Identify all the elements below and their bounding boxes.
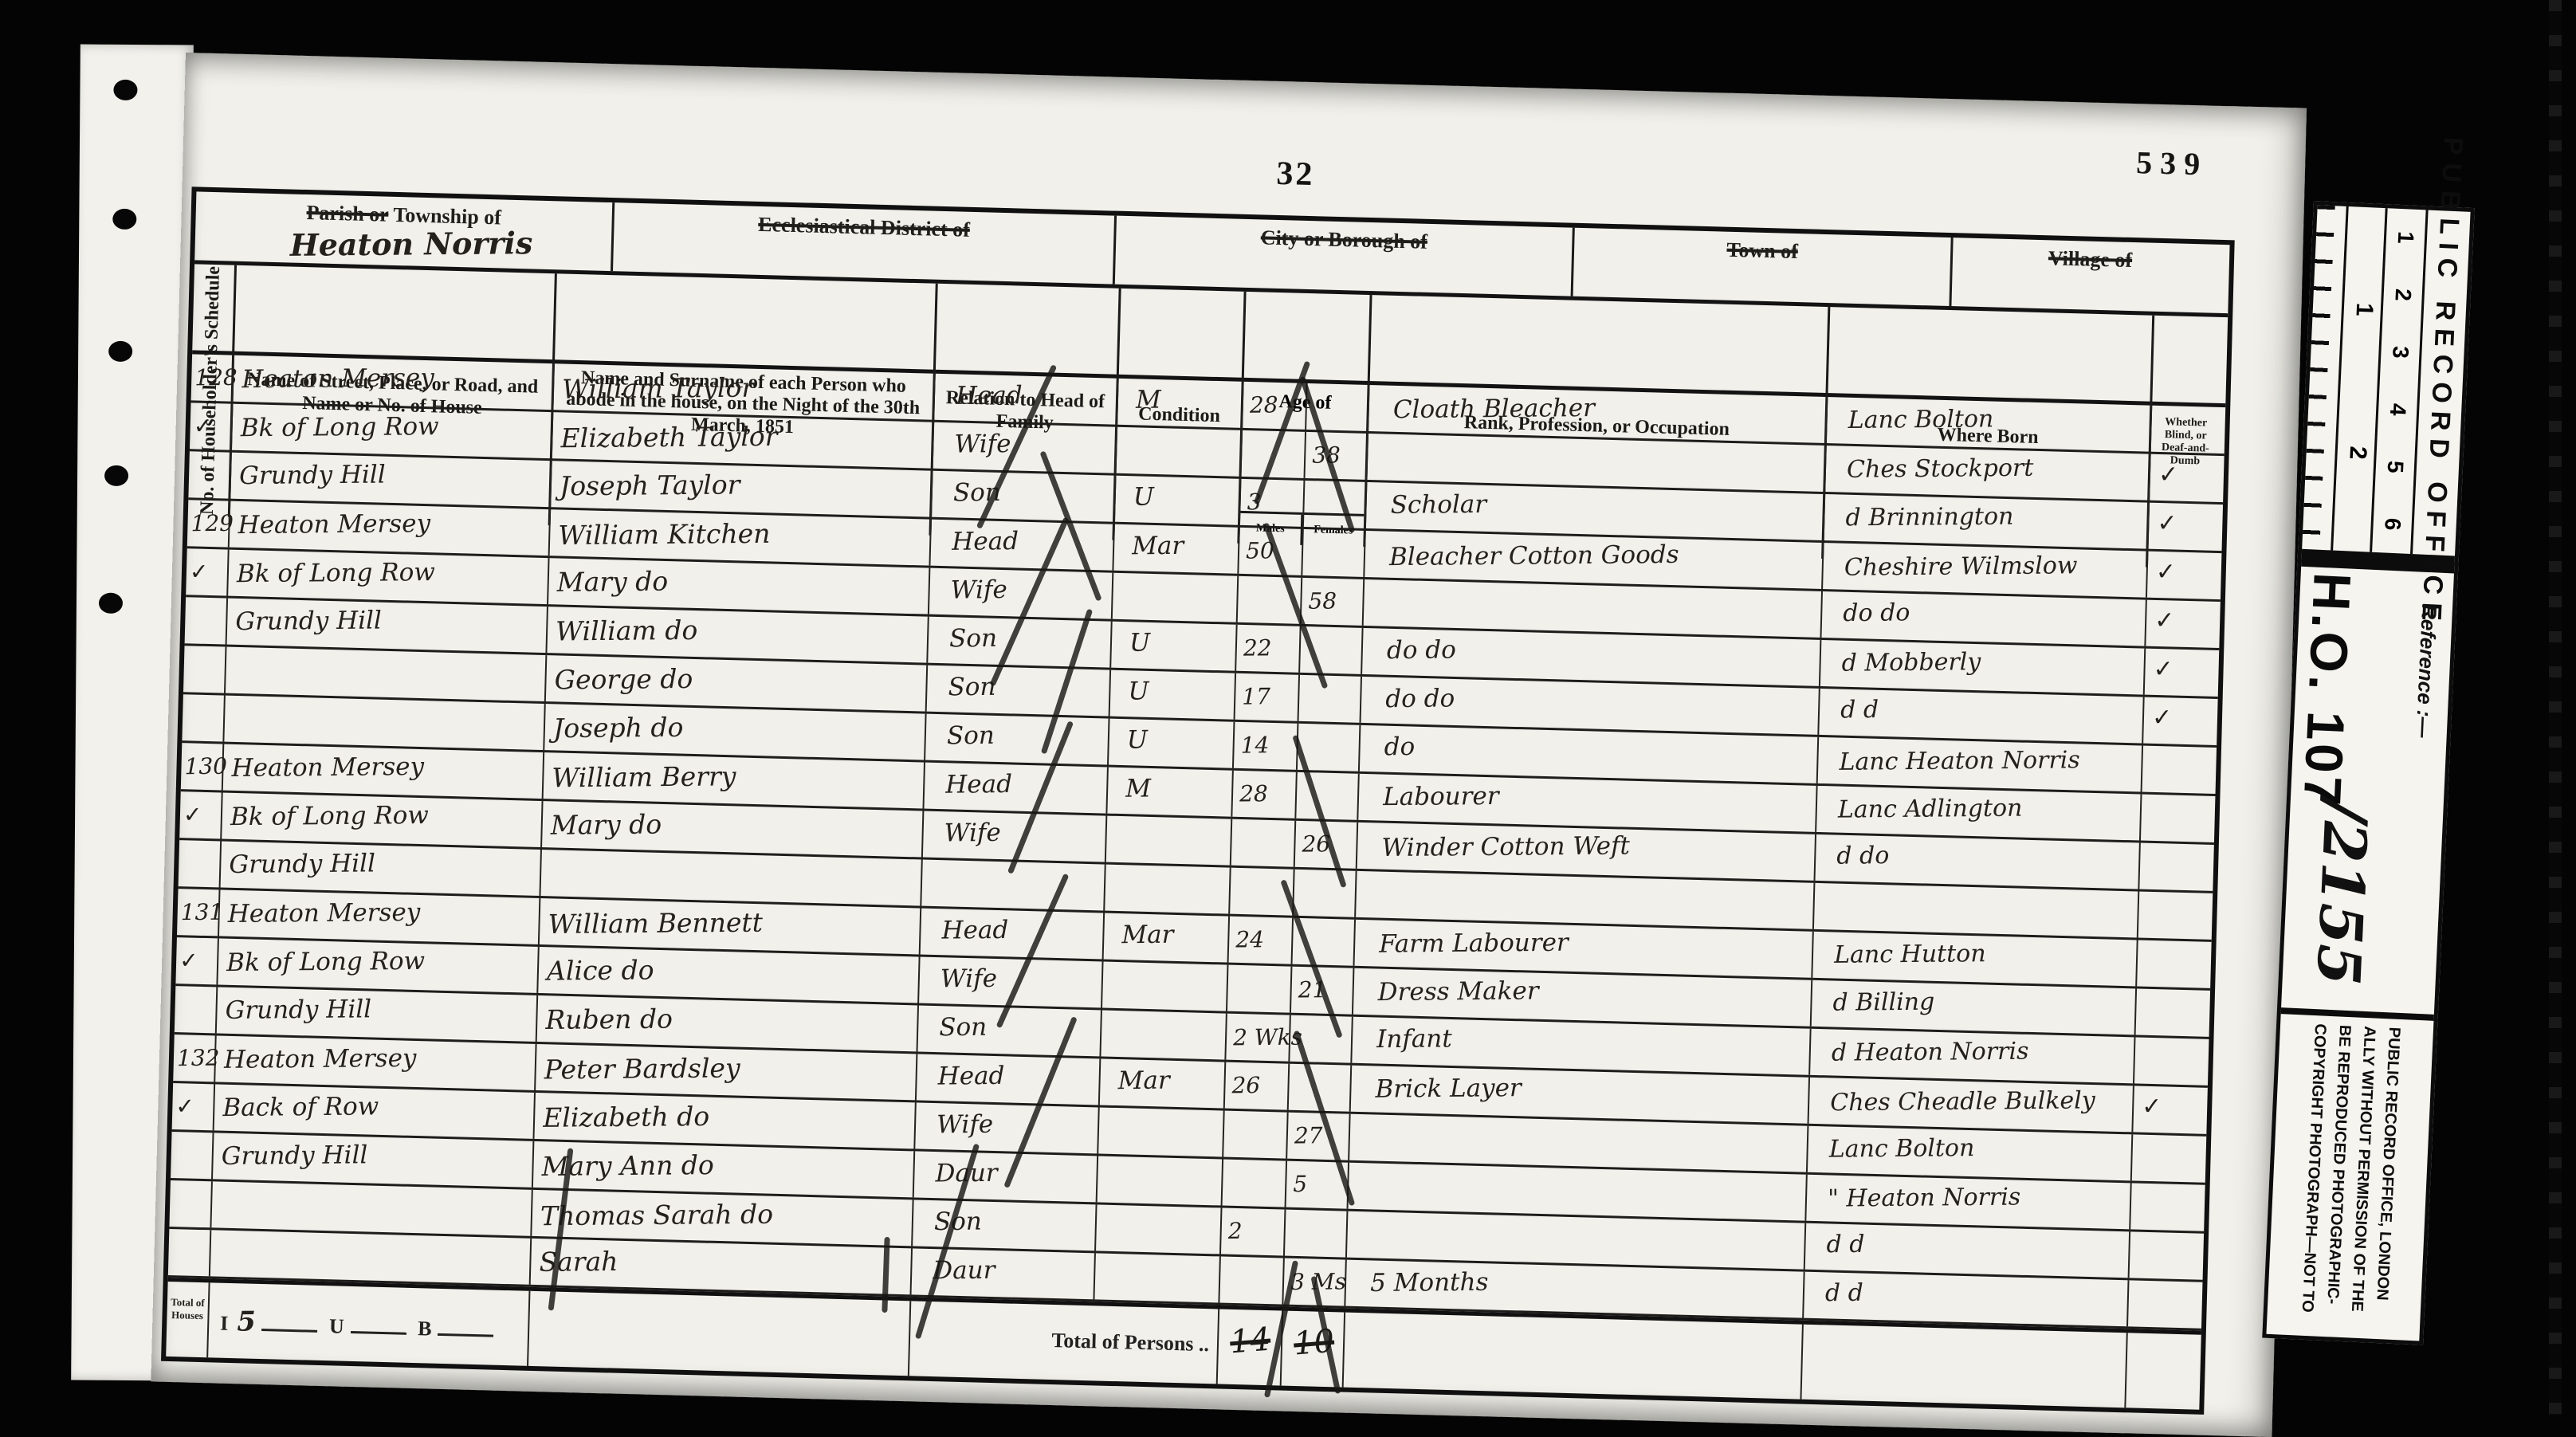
cell-born: d Heaton Norris — [1810, 1029, 2135, 1084]
district-town-cell: Town of — [1573, 228, 1954, 306]
town-label: Town of — [1726, 238, 1798, 263]
cell-name: William Berry — [544, 752, 925, 808]
handwritten-male_age: 24 — [1235, 926, 1264, 952]
cell-male_age: 17 — [1235, 673, 1300, 721]
cell-male_age — [1219, 1257, 1284, 1305]
cell-born: Lanc Hutton — [1812, 932, 2138, 987]
cell-born: d Mobberly — [1820, 640, 2146, 695]
cell-condition — [1096, 1204, 1222, 1254]
cell-condition: U — [1115, 476, 1241, 525]
copyright-text: COPYRIGHT PHOTOGRAPH—NOT TO BE REPRODUCE… — [2295, 1023, 2406, 1317]
cell-infirm: ✓ — [2149, 503, 2218, 551]
handwritten-born: d Brinnington — [1845, 503, 2013, 532]
cell-condition — [1113, 573, 1239, 622]
cell-street: Back of Row — [214, 1084, 536, 1139]
copyright-panel: COPYRIGHT PHOTOGRAPH—NOT TO BE REPRODUCE… — [2267, 1014, 2434, 1333]
punch-hole — [99, 593, 123, 614]
cell-street: Grundy Hill — [221, 842, 542, 897]
cell-schedule — [175, 986, 218, 1033]
cell-infirm: ✓ — [2150, 454, 2219, 502]
cell-schedule: 131 — [177, 889, 221, 936]
cell-name: Elizabeth do — [534, 1093, 916, 1148]
handwritten-relation: Wife — [944, 819, 1001, 848]
cell-born: d d — [1805, 1223, 2130, 1278]
handwritten-born: Lanc Adlington — [1838, 795, 2023, 824]
cell-street: Bk of Long Row — [218, 938, 539, 993]
inch-number: 2 — [2343, 446, 2371, 460]
handwritten-street: Bk of Long Row — [237, 558, 435, 588]
cell-infirm — [2130, 1183, 2200, 1231]
cell-condition — [1094, 1253, 1220, 1302]
cell-condition — [1101, 1011, 1227, 1060]
cell-name: Alice do — [538, 947, 920, 1003]
cell-infirm: ✓ — [2146, 600, 2215, 648]
handwritten-street: Grundy Hill — [225, 995, 371, 1025]
handwritten-infirm: ✓ — [2157, 509, 2177, 537]
cell-born: Ches Cheadle Bulkely — [1809, 1078, 2134, 1133]
punch-hole — [113, 80, 137, 100]
handwritten-occupation: Brick Layer — [1375, 1074, 1522, 1104]
cell-name: Mary do — [548, 558, 930, 614]
handwritten-born: " Heaton Norris — [1828, 1184, 2020, 1213]
handwritten-street: Bk of Long Row — [230, 801, 429, 831]
cell-name — [540, 850, 922, 905]
cell-name: William Kitchen — [550, 509, 932, 565]
handwritten-name: Elizabeth do — [543, 1101, 709, 1133]
cell-male_age — [1223, 1160, 1287, 1207]
cell-condition: M — [1107, 768, 1233, 817]
cell-infirm: ✓ — [2147, 552, 2217, 599]
cell-schedule: 128 — [191, 354, 235, 401]
handwritten-condition: Mar — [1132, 532, 1184, 561]
handwritten-born: Ches Cheadle Bulkely — [1830, 1086, 2095, 1117]
total-of-houses-label: Total of Houses — [167, 1282, 208, 1322]
handwritten-occupation: 5 Months — [1370, 1268, 1489, 1298]
cell-infirm: ✓ — [2145, 649, 2214, 697]
cell-street — [226, 647, 547, 702]
cell-condition: Mar — [1104, 913, 1230, 963]
handwritten-relation: Son — [949, 624, 997, 654]
cell-street: Bk of Long Row — [222, 793, 543, 848]
handwritten-born: d d — [1840, 696, 1879, 724]
handwritten-occupation: Bleacher Cotton Goods — [1389, 540, 1679, 571]
handwritten-male_age: 22 — [1243, 634, 1272, 661]
handwritten-born: Ches Stockport — [1847, 454, 2034, 484]
cell-street: Heaton Mersey — [215, 1035, 536, 1090]
handwritten-born: d do — [1836, 842, 1889, 870]
inhabited-label: I — [220, 1312, 230, 1335]
district-parish-cell: Parish or Township of Heaton Norris — [194, 191, 615, 271]
handwritten-schedule: 132 — [177, 1045, 220, 1071]
handwritten-street: Grundy Hill — [222, 1141, 368, 1171]
handwritten-name: Thomas Sarah do — [540, 1199, 773, 1232]
cell-relation: Son — [927, 665, 1111, 717]
cell-street: Heaton Mersey — [219, 889, 540, 944]
handwritten-name: Elizabeth Taylor — [560, 421, 777, 453]
handwritten-name: Mary do — [551, 809, 662, 841]
handwritten-occupation: Infant — [1376, 1024, 1452, 1054]
handwritten-male_age: 28 — [1239, 780, 1268, 807]
cell-infirm: ✓ — [2133, 1086, 2202, 1133]
handwritten-relation: Son — [939, 1013, 987, 1042]
handwritten-name: Ruben do — [545, 1003, 673, 1035]
cell-infirm — [2137, 940, 2206, 988]
cm-number: 5 — [2382, 460, 2409, 473]
cm-number: 1 — [2393, 231, 2419, 245]
handwritten-born: d Billing — [1832, 988, 1934, 1017]
cell-female_age: 38 — [1306, 432, 1368, 480]
handwritten-schedule: ✓ — [175, 1093, 194, 1119]
cell-street: Grundy Hill — [227, 599, 548, 654]
cell-relation: Daur — [914, 1151, 1098, 1202]
handwritten-street: Heaton Mersey — [224, 1044, 417, 1074]
census-page: 32 539 Parish or Township of Heaton Norr… — [151, 53, 2307, 1415]
handwritten-male_age: 14 — [1241, 732, 1270, 758]
handwritten-street: Heaton Mersey — [228, 898, 421, 929]
cell-schedule: 130 — [181, 743, 225, 790]
cell-schedule: ✓ — [175, 937, 219, 984]
cell-schedule — [185, 597, 229, 644]
parish-struck-label: Parish or — [306, 201, 389, 226]
cm-number: 3 — [2387, 346, 2413, 359]
cell-infirm — [2134, 1037, 2204, 1085]
cell-condition: Mar — [1100, 1058, 1226, 1108]
folio-number: 539 — [2136, 143, 2209, 183]
cell-born: d Brinnington — [1824, 494, 2150, 549]
handwritten-relation: Wife — [940, 964, 997, 994]
handwritten-condition: U — [1128, 677, 1149, 705]
cell-male_age: 3 — [1240, 479, 1305, 527]
handwritten-female_age: 27 — [1294, 1122, 1323, 1148]
census-form: Parish or Township of Heaton Norris Eccl… — [161, 186, 2235, 1415]
cell-schedule: ✓ — [179, 791, 223, 838]
cell-born: Lanc Bolton — [1808, 1126, 2133, 1181]
cell-born: d do — [1816, 834, 2141, 889]
cell-infirm — [2151, 406, 2221, 453]
cell-condition: Mar — [1113, 524, 1239, 574]
cell-name: Ruben do — [537, 995, 919, 1051]
cell-infirm — [2136, 988, 2205, 1036]
handwritten-infirm: ✓ — [2158, 461, 2178, 489]
cell-born: Cheshire Wilmslow — [1823, 543, 2148, 598]
handwritten-name: George do — [554, 663, 693, 696]
cm-number: 6 — [2379, 517, 2405, 531]
cell-born: " Heaton Norris — [1806, 1175, 2131, 1230]
cell-born: Lanc Heaton Norris — [1818, 737, 2143, 792]
handwritten-relation: Wife — [951, 575, 1007, 605]
totals-spacer — [528, 1291, 911, 1376]
cell-name: Elizabeth Taylor — [552, 412, 934, 468]
cell-female_age — [1302, 529, 1365, 577]
inch-number: 1 — [2350, 302, 2378, 316]
cell-street — [210, 1230, 532, 1285]
totals-infirm-cell — [2126, 1333, 2196, 1409]
cell-male_age — [1227, 965, 1292, 1013]
cell-schedule: 132 — [173, 1035, 217, 1082]
handwritten-relation: Head — [956, 381, 1023, 410]
handwritten-male_age: 2 — [1228, 1218, 1243, 1244]
handwritten-street: Grundy Hill — [239, 461, 386, 491]
cell-condition: U — [1109, 719, 1235, 768]
handwritten-relation: Wife — [937, 1110, 993, 1140]
cell-female_age: 58 — [1302, 578, 1365, 626]
cell-condition: U — [1111, 622, 1237, 671]
handwritten-born: do do — [1843, 599, 1910, 627]
cell-schedule: 129 — [187, 500, 231, 547]
handwritten-schedule: ✓ — [190, 559, 209, 585]
handwritten-condition: U — [1129, 628, 1150, 657]
handwritten-born: d d — [1825, 1279, 1863, 1307]
cell-schedule: ✓ — [172, 1083, 216, 1130]
handwritten-street: Heaton Mersey — [231, 752, 424, 783]
cell-street: Grundy Hill — [213, 1133, 534, 1188]
cell-relation: Son — [932, 471, 1116, 522]
handwritten-condition: M — [1125, 774, 1151, 803]
cell-street: Bk of Long Row — [232, 404, 553, 459]
district-village-cell: Village of — [1951, 238, 2228, 313]
handwritten-relation: Wife — [954, 430, 1011, 459]
cell-born: do do — [1821, 591, 2146, 646]
cell-condition: M — [1117, 379, 1243, 428]
totals-houses-cell: Total of Houses — [166, 1282, 210, 1357]
cell-name: William Taylor — [553, 363, 935, 419]
handwritten-occupation: Labourer — [1383, 782, 1499, 811]
handwritten-name: Alice do — [547, 954, 654, 986]
handwritten-condition: M — [1136, 386, 1161, 414]
handwritten-name: Mary do — [557, 566, 669, 598]
handwritten-male_age: 17 — [1242, 683, 1270, 709]
handwritten-schedule: ✓ — [183, 801, 202, 827]
handwritten-occupation: Farm Labourer — [1379, 929, 1569, 959]
handwritten-born: d d — [1826, 1231, 1864, 1258]
film-edge-artifact — [2549, 0, 2562, 1415]
cell-schedule — [171, 1132, 214, 1179]
cell-infirm — [2138, 892, 2208, 940]
cell-relation: Wife — [915, 1102, 1099, 1153]
cell-infirm — [2128, 1280, 2197, 1328]
cell-relation: Son — [925, 714, 1109, 765]
cell-name: Joseph Taylor — [551, 461, 933, 516]
cell-condition — [1102, 962, 1228, 1011]
handwritten-born: d Mobberly — [1842, 648, 1981, 677]
cell-condition — [1105, 865, 1231, 914]
total-of-persons-label: Total of Persons .. — [1051, 1329, 1209, 1357]
handwritten-name: Joseph do — [553, 712, 684, 744]
handwritten-street: Heaton Mersey — [238, 509, 430, 540]
handwritten-schedule: 130 — [184, 753, 227, 779]
cell-infirm — [2142, 746, 2212, 794]
cell-female_age — [1299, 675, 1362, 723]
cell-male_age — [1223, 1111, 1288, 1159]
totals-persons-label-cell: Total of Persons .. — [909, 1301, 1219, 1384]
cm-number: 2 — [2389, 289, 2416, 302]
handwritten-name: Peter Bardsley — [544, 1052, 740, 1085]
handwritten-condition: Mar — [1117, 1066, 1169, 1096]
cell-condition — [1098, 1156, 1223, 1205]
handwritten-occupation: Scholar — [1391, 490, 1487, 520]
district-city-cell: City or Borough of — [1115, 216, 1575, 296]
handwritten-infirm: ✓ — [2156, 558, 2176, 586]
cell-born: Ches Stockport — [1825, 446, 2150, 501]
cell-born — [1814, 883, 2139, 938]
handwritten-street: Grundy Hill — [235, 606, 382, 636]
handwritten-condition: U — [1127, 725, 1148, 754]
reference-stamp: H.O. 107 — [2291, 571, 2362, 810]
handwritten-condition: U — [1133, 483, 1154, 512]
punch-hole — [112, 209, 136, 230]
cell-street: Grundy Hill — [230, 453, 552, 508]
handwritten-name: Sarah — [539, 1246, 618, 1278]
handwritten-relation: Son — [948, 673, 995, 702]
handwritten-street: Grundy Hill — [229, 849, 375, 879]
cell-name: Mary Ann do — [533, 1141, 915, 1197]
handwritten-schedule: 131 — [181, 899, 224, 925]
cell-schedule — [179, 840, 222, 887]
totals-iub-cell: I 5 U B — [208, 1282, 530, 1365]
cell-street: Grundy Hill — [217, 987, 538, 1042]
cell-male_age — [1231, 819, 1296, 867]
handwritten-name: William Berry — [552, 760, 736, 793]
handwritten-relation: Head — [945, 770, 1012, 799]
handwritten-name: William do — [556, 614, 697, 647]
handwritten-born: d Heaton Norris — [1832, 1038, 2029, 1067]
punch-hole — [104, 465, 128, 486]
punch-hole — [108, 341, 132, 362]
handwritten-street: Bk of Long Row — [226, 947, 425, 977]
reference-label: Reference :— — [2411, 603, 2442, 738]
city-label: City or Borough of — [1260, 226, 1427, 253]
handwritten-infirm: ✓ — [2153, 655, 2173, 683]
cell-born: Lanc Bolton — [1827, 397, 2152, 452]
cell-schedule: ✓ — [190, 402, 234, 450]
handwritten-schedule: 128 — [194, 364, 238, 391]
cell-street: Heaton Mersey — [223, 744, 544, 799]
cell-schedule — [168, 1229, 212, 1276]
cell-male_age: 2 — [1221, 1208, 1286, 1256]
cell-infirm — [2141, 795, 2210, 842]
uninhabited-label: U — [329, 1314, 347, 1338]
cell-name: George do — [546, 655, 928, 711]
building-label: B — [418, 1317, 434, 1340]
handwritten-occupation: do do — [1385, 684, 1455, 713]
cell-relation: Head — [921, 909, 1105, 960]
cell-infirm — [2139, 843, 2209, 891]
cell-schedule — [183, 646, 227, 693]
census-rows: 128Heaton MerseyWilliam TaylorHeadM28Clo… — [168, 354, 2225, 1330]
cell-schedule — [188, 451, 232, 498]
total-males-value: 14 — [1228, 1321, 1271, 1361]
cell-street — [211, 1181, 532, 1236]
cell-male_age: 2 Wks — [1226, 1014, 1290, 1062]
cell-male_age: 14 — [1234, 722, 1298, 770]
handwritten-street: Heaton Mersey — [241, 363, 434, 394]
handwritten-name: William Kitchen — [558, 518, 770, 551]
cell-born: d Billing — [1812, 980, 2137, 1035]
inhabited-value: 5 — [237, 1305, 257, 1337]
handwritten-street: Back of Row — [222, 1092, 379, 1122]
cell-name: Sarah — [531, 1239, 913, 1294]
handwritten-condition: Mar — [1121, 921, 1173, 950]
cell-male_age: 22 — [1236, 625, 1301, 673]
cell-name: William do — [547, 607, 929, 662]
handwritten-born: Lanc Heaton Norris — [1839, 746, 2080, 776]
cell-male_age: 24 — [1229, 917, 1294, 964]
cell-name: Thomas Sarah do — [532, 1190, 913, 1246]
handwritten-occupation: Cloath Bleacher — [1393, 394, 1595, 424]
handwritten-street: Bk of Long Row — [241, 412, 439, 442]
cell-street: Bk of Long Row — [228, 550, 549, 605]
handwritten-occupation: Winder Cotton Weft — [1381, 831, 1630, 862]
cell-infirm — [2130, 1231, 2199, 1279]
reference-handwritten: /2155 — [2303, 799, 2379, 987]
handwritten-occupation: do do — [1387, 635, 1456, 665]
cell-male_age: 28 — [1232, 771, 1297, 819]
township-value: Heaton Norris — [289, 225, 532, 263]
handwritten-male_age: 26 — [1231, 1072, 1260, 1098]
handwritten-occupation: do — [1384, 732, 1416, 761]
handwritten-name: William Taylor — [562, 372, 754, 405]
cell-street: Heaton Mersey — [234, 355, 555, 410]
cell-name: Mary do — [542, 801, 924, 857]
cell-born: Lanc Adlington — [1816, 786, 2142, 841]
cell-condition: U — [1110, 670, 1236, 720]
handwritten-born: Cheshire Wilmslow — [1844, 552, 2078, 582]
cell-relation: Head — [917, 1054, 1101, 1105]
cell-infirm: ✓ — [2143, 697, 2213, 745]
handwritten-schedule: ✓ — [194, 413, 213, 439]
cell-male_age: 26 — [1225, 1062, 1290, 1110]
pro-ruler: 12 123456 PUBLIC RECORD OFFICE — [2301, 205, 2470, 573]
handwritten-occupation: Dress Maker — [1378, 976, 1539, 1007]
frame-number: 32 — [1276, 155, 1315, 194]
ecclesiastical-label: Ecclesiastical District of — [758, 213, 970, 241]
handwritten-relation: Head — [938, 1062, 1005, 1091]
cell-relation: Son — [913, 1199, 1097, 1251]
handwritten-male_age: 28 — [1250, 391, 1278, 418]
cell-female_age: 27 — [1287, 1113, 1350, 1160]
handwritten-name: Joseph Taylor — [560, 469, 740, 501]
cell-female_age — [1285, 1210, 1348, 1258]
handwritten-female_age: 58 — [1308, 587, 1337, 614]
cell-condition — [1098, 1107, 1224, 1156]
village-label: Village of — [2048, 246, 2133, 272]
cell-street: Heaton Mersey — [230, 501, 551, 556]
cell-relation: Head — [924, 763, 1108, 814]
cell-name: William Bennett — [540, 898, 921, 954]
handwritten-relation: Head — [952, 527, 1019, 556]
handwritten-born: Lanc Bolton — [1829, 1134, 1975, 1164]
handwritten-born: Lanc Hutton — [1834, 940, 1986, 969]
handwritten-relation: Son — [947, 721, 995, 751]
cell-condition — [1117, 427, 1243, 477]
cell-born: d d — [1804, 1272, 2129, 1327]
handwritten-infirm: ✓ — [2142, 1093, 2162, 1121]
handwritten-born: Lanc Bolton — [1848, 405, 1994, 434]
cell-schedule — [169, 1180, 213, 1227]
totals-occ-cell — [1344, 1313, 1804, 1400]
handwritten-infirm: ✓ — [2154, 607, 2174, 634]
handwritten-schedule: 129 — [190, 510, 234, 536]
cell-female_age — [1294, 870, 1357, 917]
district-ecclesiastical-cell: Ecclesiastical District of — [613, 202, 1117, 284]
cell-relation: Son — [918, 1005, 1102, 1056]
cell-name: Peter Bardsley — [536, 1044, 917, 1100]
handwritten-name: William Bennett — [548, 907, 763, 940]
handwritten-schedule: ✓ — [179, 947, 198, 973]
cell-condition — [1106, 816, 1232, 866]
cm-number: 4 — [2385, 403, 2411, 417]
cell-born: d d — [1819, 689, 2144, 744]
